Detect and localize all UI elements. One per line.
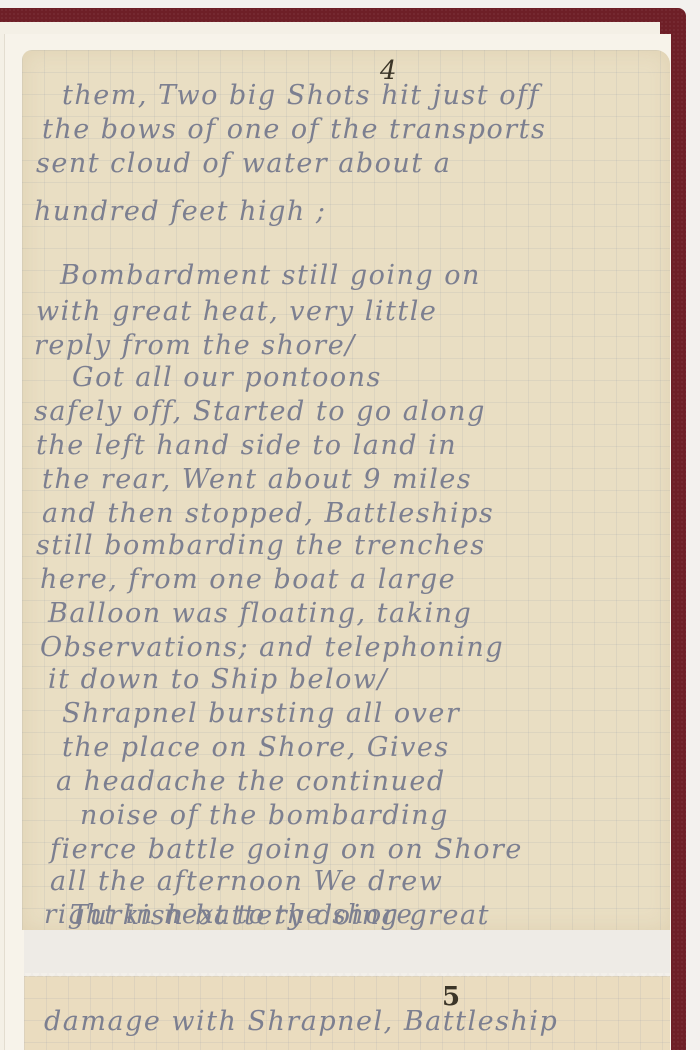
text-line: Turkish battery doing great — [70, 900, 490, 931]
text-line: a headache the continued — [56, 766, 446, 797]
text-line: Bombardment still going on — [60, 260, 481, 291]
text-line: sent cloud of water about a — [36, 148, 451, 179]
text-line: here, from one boat a large — [40, 564, 456, 595]
text-line: Balloon was floating, taking — [48, 598, 472, 629]
perforated-edge — [24, 973, 670, 979]
diary-page-4: 4 them, Two big Shots hit just off the b… — [22, 50, 670, 930]
text-line: Observations; and telephoning — [40, 632, 504, 663]
diary-page-5: 5 damage with Shrapnel, Battleship — [24, 976, 670, 1050]
text-line: still bombarding the trenches — [36, 530, 486, 561]
text-line: Got all our pontoons — [72, 362, 382, 393]
text-line: reply from the shore/ — [34, 330, 356, 361]
text-line: it down to Ship below/ — [48, 664, 388, 695]
text-line: the bows of one of the transports — [42, 114, 546, 145]
text-line: damage with Shrapnel, Battleship — [44, 1006, 558, 1037]
text-line: all the afternoon We drew — [50, 866, 443, 897]
text-line: the rear, Went about 9 miles — [42, 464, 472, 495]
paper-fold-strip — [24, 930, 670, 977]
text-line: and then stopped, Battleships — [42, 498, 494, 529]
text-line: the left hand side to land in — [36, 430, 457, 461]
text-line: with great heat, very little — [36, 296, 437, 327]
text-line: noise of the bombarding — [80, 800, 449, 831]
text-line: safely off, Started to go along — [34, 396, 486, 427]
text-line: fierce battle going on on Shore — [50, 834, 523, 865]
text-line: hundred feet high ; — [34, 196, 326, 227]
text-line: Shrapnel bursting all over — [62, 698, 460, 729]
text-line: them, Two big Shots hit just off — [62, 80, 540, 111]
text-line: the place on Shore, Gives — [62, 732, 450, 763]
